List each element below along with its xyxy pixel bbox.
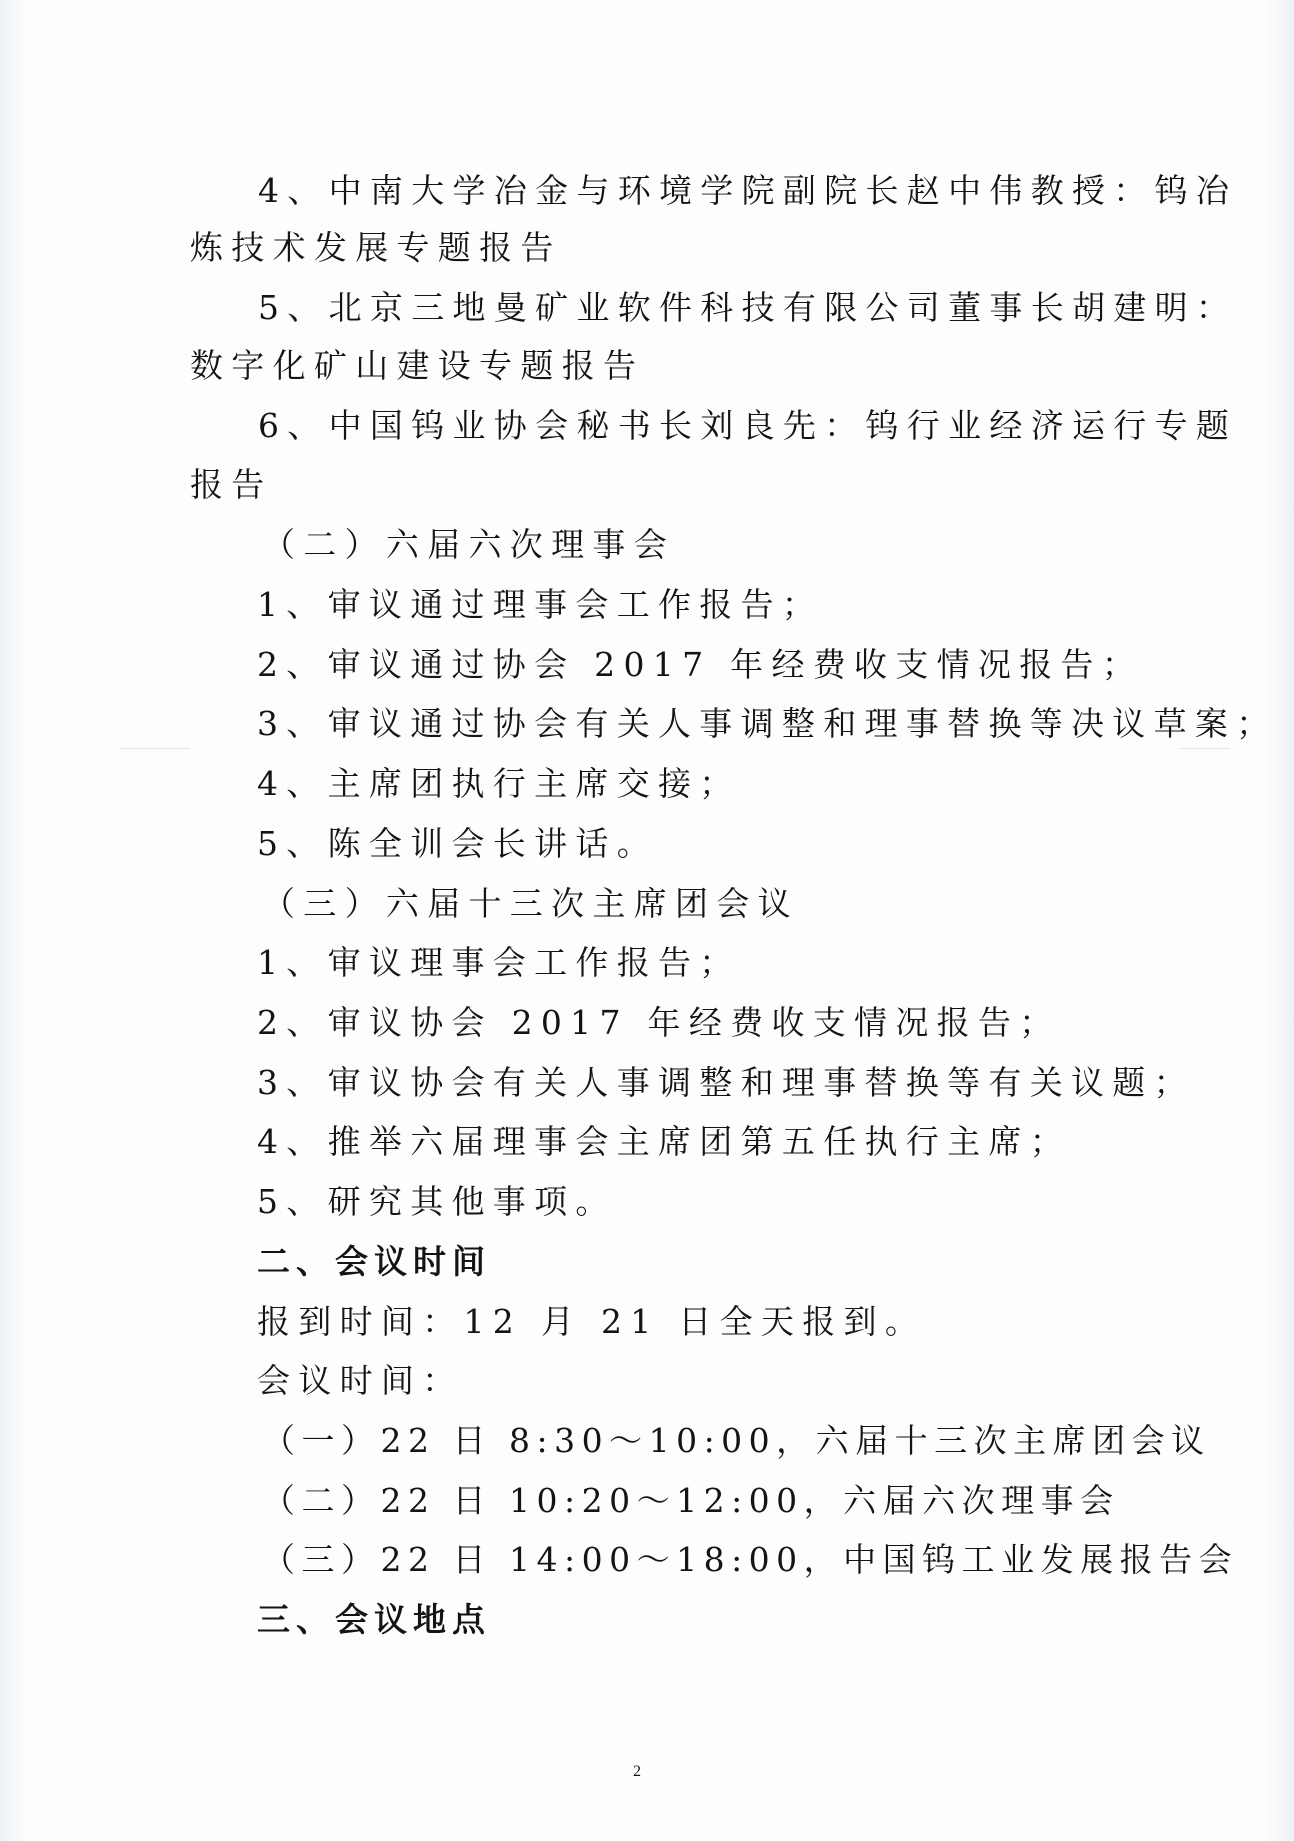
presidium-item-1: 1、审议理事会工作报告； (257, 943, 741, 983)
council-item-4: 4、主席团执行主席交接； (257, 764, 741, 804)
schedule-item-2: （二）22 日 10:20～12:00，六届六次理事会 (262, 1481, 1120, 1521)
subheading-presidium-meeting: （三）六届十三次主席团会议 (262, 884, 799, 924)
subheading-council-meeting: （二）六届六次理事会 (262, 525, 675, 565)
meeting-time-label: 会议时间： (257, 1361, 464, 1401)
presidium-item-3: 3、审议协会有关人事调整和理事替换等有关议题； (257, 1063, 1195, 1103)
presidium-item-2: 2、审议协会 2017 年经费收支情况报告； (257, 1003, 1061, 1043)
scan-artifact (1180, 748, 1230, 749)
registration-time: 报到时间：12 月 21 日全天报到。 (257, 1302, 926, 1342)
speaker-item-6: 6、中国钨业协会秘书长刘良先：钨行业经济运行专题 (258, 406, 1237, 446)
section-heading-meeting-location: 三、会议地点 (257, 1600, 491, 1640)
presidium-item-4: 4、推举六届理事会主席团第五任执行主席； (257, 1122, 1071, 1162)
page-number: 2 (633, 1763, 641, 1781)
presidium-item-5: 5、研究其他事项。 (257, 1182, 617, 1222)
council-item-1: 1、审议通过理事会工作报告； (257, 585, 823, 625)
schedule-item-1: （一）22 日 8:30～10:00，六届十三次主席团会议 (262, 1421, 1211, 1461)
speaker-item-4: 4、中南大学冶金与环境学院副院长赵中伟教授：钨冶 (258, 171, 1237, 211)
council-item-2: 2、审议通过协会 2017 年经费收支情况报告； (257, 645, 1143, 685)
council-item-3: 3、审议通过协会有关人事调整和理事替换等决议草案； (257, 704, 1278, 744)
speaker-item-4-cont: 炼技术发展专题报告 (190, 228, 562, 268)
section-heading-meeting-time: 二、会议时间 (257, 1242, 491, 1282)
scan-edge (1264, 0, 1294, 1841)
council-item-5: 5、陈全训会长讲话。 (257, 824, 658, 864)
scan-artifact (120, 748, 190, 749)
speaker-item-5: 5、北京三地曼矿业软件科技有限公司董事长胡建明： (258, 288, 1237, 328)
schedule-item-3: （三）22 日 14:00～18:00，中国钨工业发展报告会 (262, 1540, 1238, 1580)
speaker-item-6-cont: 报告 (190, 465, 273, 505)
document-page: 4、中南大学冶金与环境学院副院长赵中伟教授：钨冶 炼技术发展专题报告 5、北京三… (0, 0, 1294, 1841)
scan-edge (0, 0, 28, 1841)
speaker-item-5-cont: 数字化矿山建设专题报告 (190, 346, 644, 386)
